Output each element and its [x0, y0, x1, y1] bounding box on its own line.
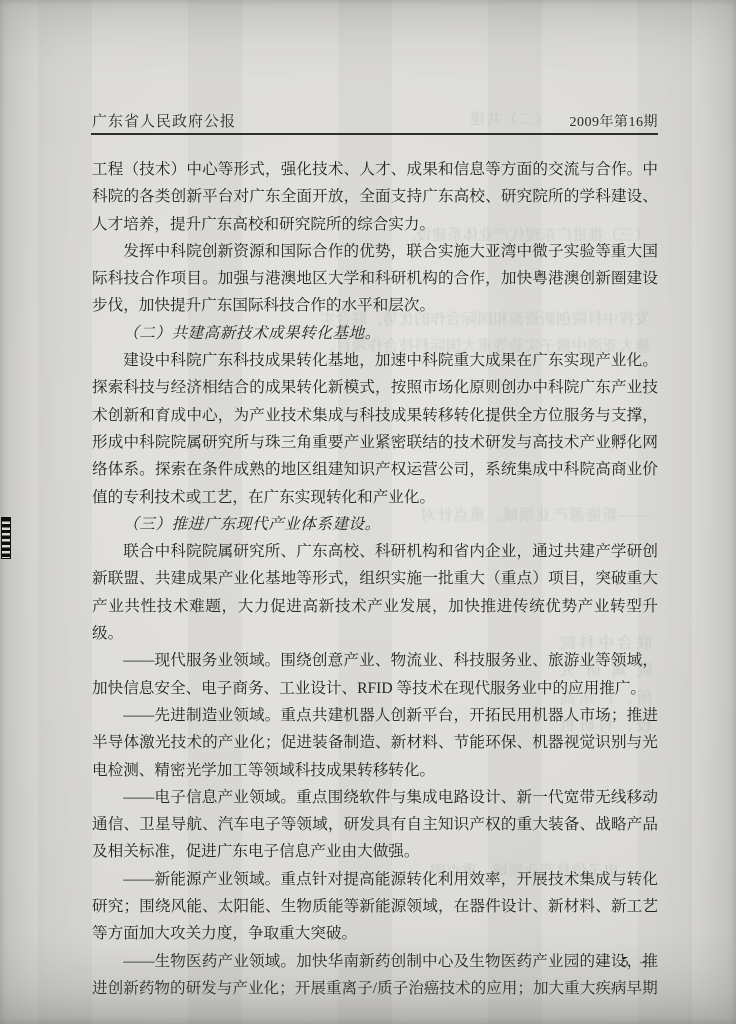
- document-body: 工程（技术）中心等形式，强化技术、人才、成果和信息等方面的交流与合作。中科院的各…: [92, 156, 658, 1002]
- paragraph-dash-item: ——电子信息产业领域。重点围绕软件与集成电路设计、新一代宽带无线移动通信、卫星导…: [92, 784, 658, 866]
- paragraph: 建设中科院广东科技成果转化基地，加速中科院重大成果在广东实现产业化。探索科技与经…: [92, 347, 658, 511]
- paragraph: 发挥中科院创新资源和国际合作的优势，联合实施大亚湾中微子实验等重大国际科技合作项…: [92, 238, 658, 320]
- paragraph-continuation: 工程（技术）中心等形式，强化技术、人才、成果和信息等方面的交流与合作。中科院的各…: [92, 156, 658, 238]
- page-header: 广东省人民政府公报 2009年第16期: [92, 110, 658, 131]
- paragraph-dash-item: ——新能源产业领域。重点针对提高能源转化利用效率，开展技术集成与转化研究；围绕风…: [92, 866, 658, 948]
- paragraph-dash-item: ——现代服务业领域。围绕创意产业、物流业、科技服务业、旅游业等领域，加快信息安全…: [92, 647, 658, 702]
- page-number: — 5 —: [0, 955, 658, 971]
- scanned-page: （二）共建高新技术成果转化基地。 （三）推进广东现代产业体系建设。 发挥中科院创…: [0, 0, 736, 1024]
- paragraph: 联合中科院院属研究所、广东高校、科研机构和省内企业，通过共建产学研创新联盟、共建…: [92, 538, 658, 647]
- paragraph-dash-item: ——先进制造业领域。重点共建机器人创新平台，开拓民用机器人市场；推进半导体激光技…: [92, 702, 658, 784]
- section-heading-3: （三）推进广东现代产业体系建设。: [92, 511, 658, 538]
- binding-mark: [1, 517, 11, 559]
- publication-title: 广东省人民政府公报: [92, 110, 236, 131]
- section-heading-2: （二）共建高新技术成果转化基地。: [92, 320, 658, 347]
- header-rule: [91, 133, 658, 135]
- issue-number: 2009年第16期: [570, 111, 659, 131]
